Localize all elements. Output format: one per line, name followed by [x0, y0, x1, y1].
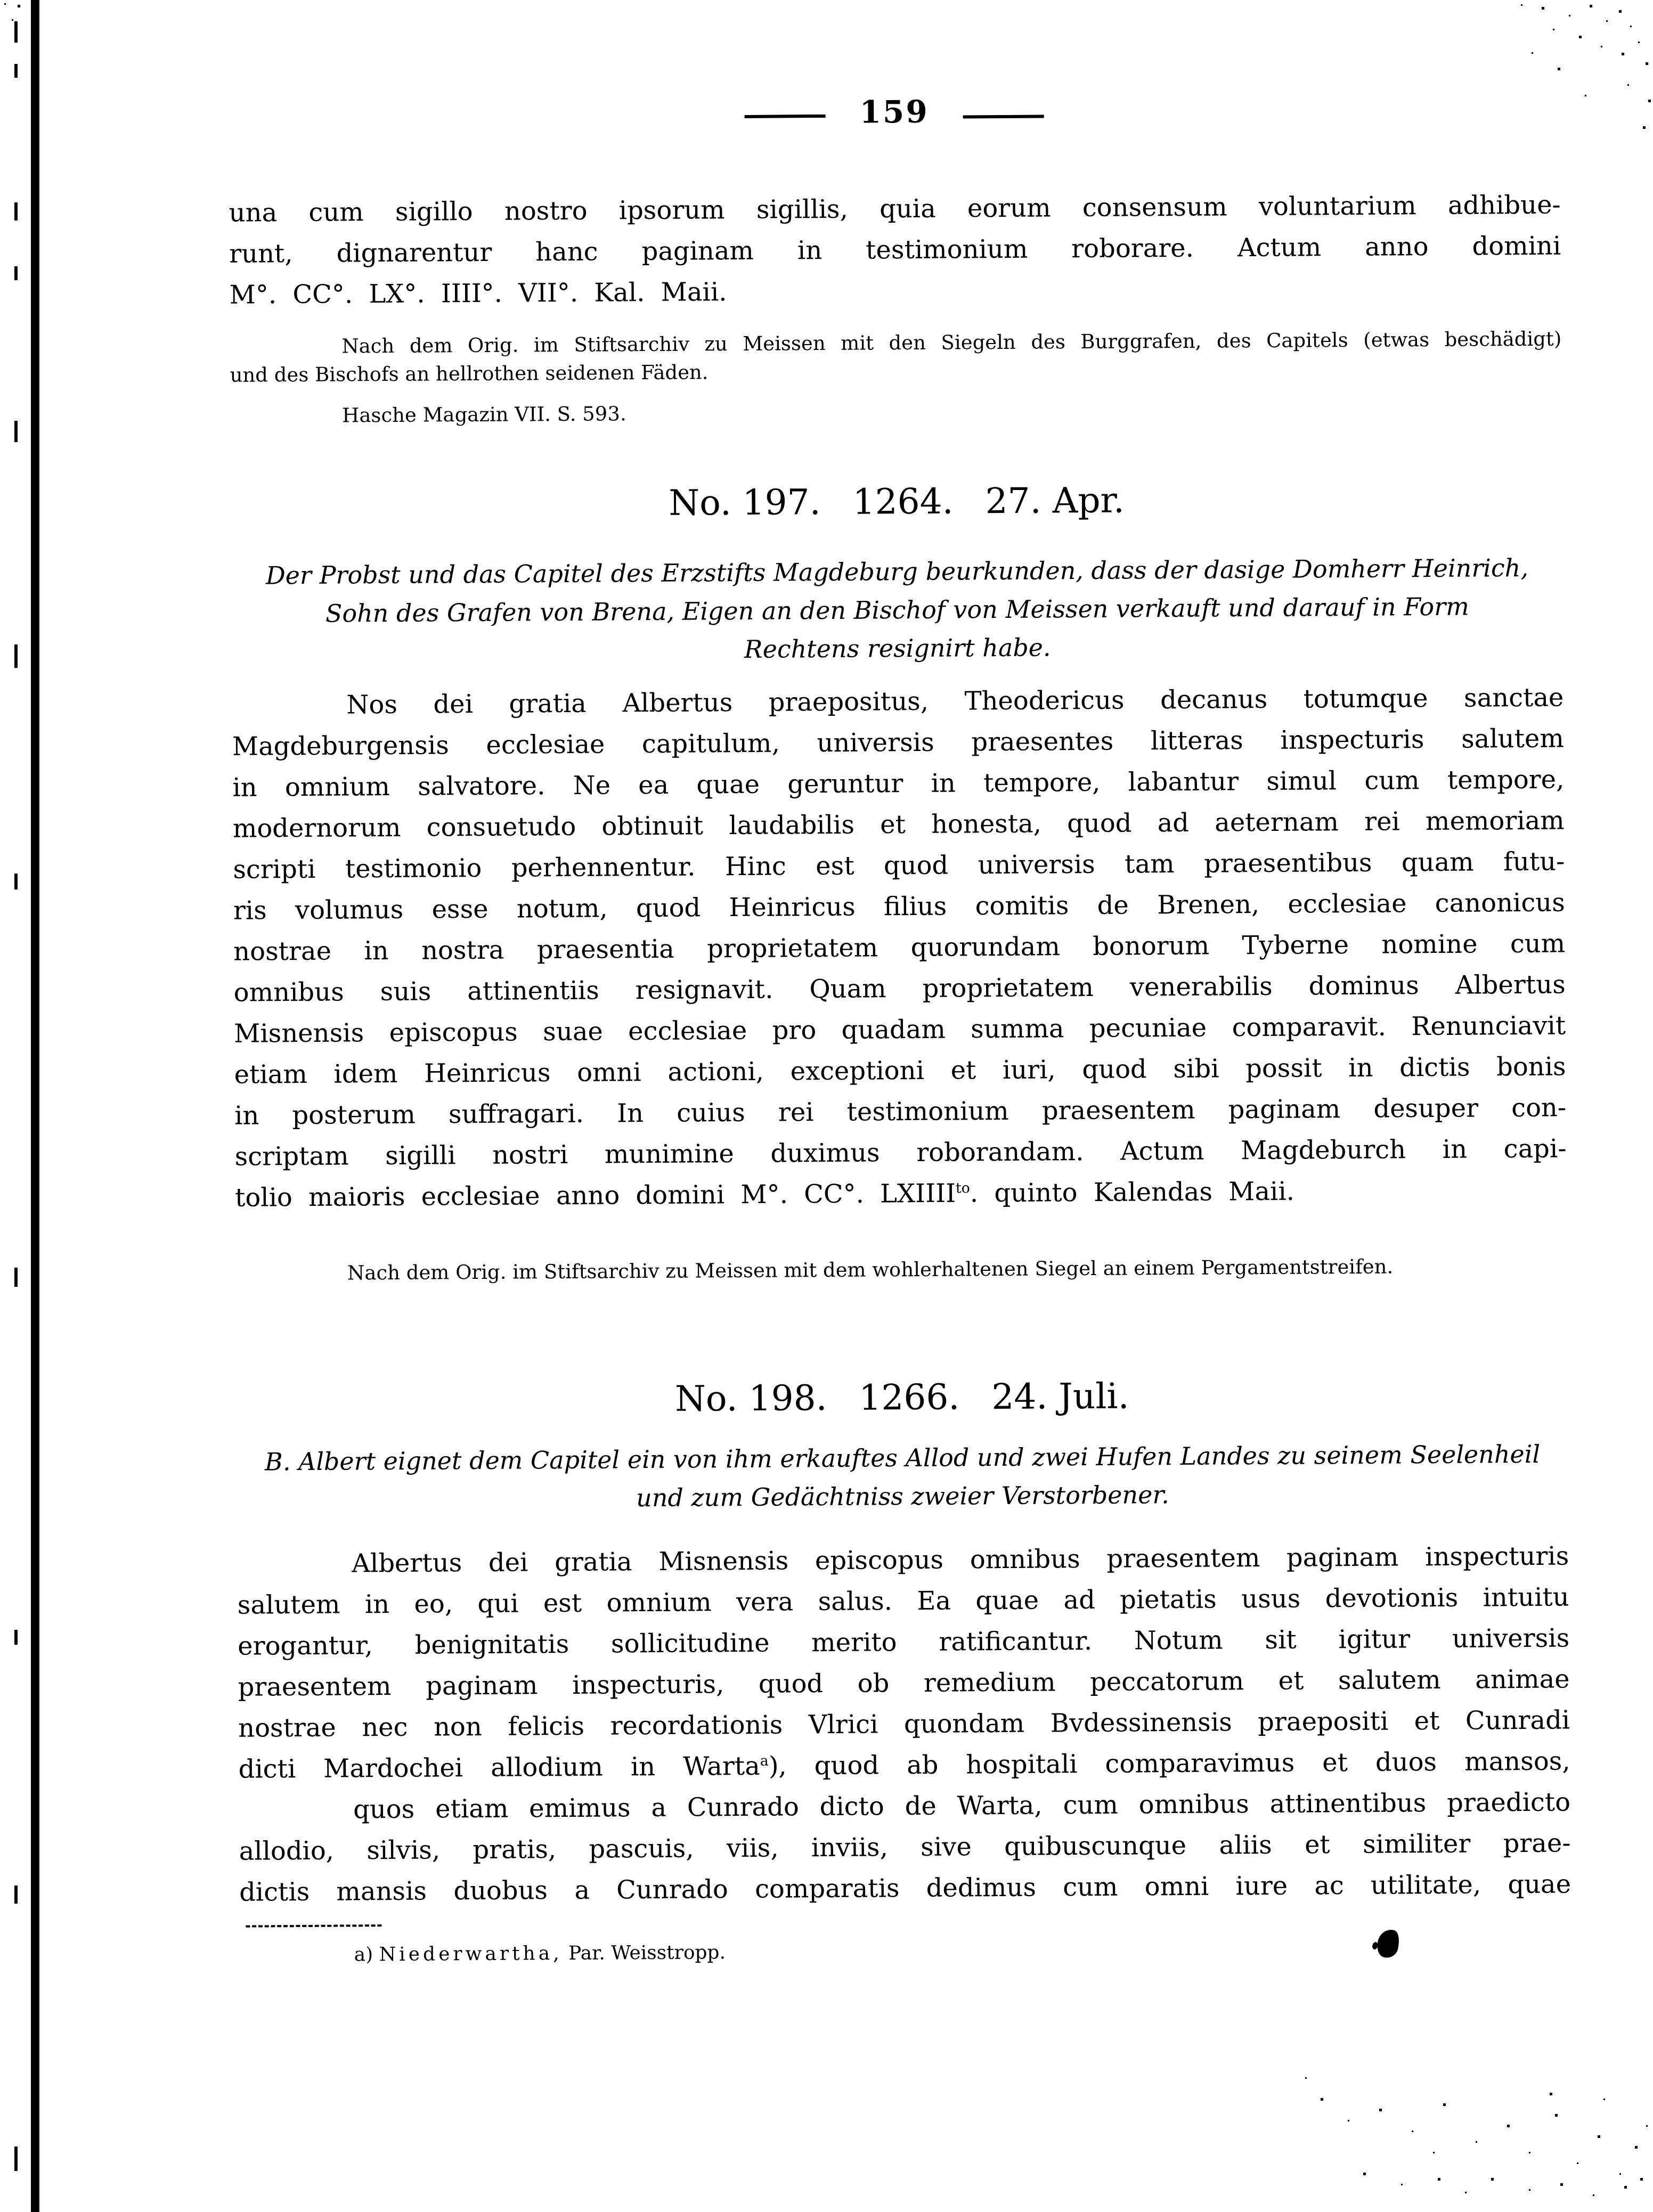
text-line: scriptam sigilli nostri munimine duximus…: [234, 1129, 1566, 1178]
charter-197-number: No. 197.: [669, 481, 821, 524]
text-line: runt, dignarentur hanc paginam in testim…: [229, 226, 1561, 275]
footnote-marker: a): [354, 1944, 373, 1965]
charter-197-heading: No. 197. 1264. 27. Apr.: [231, 477, 1562, 527]
charter-197-archival-note: Nach dem Orig. im Stiftsarchiv zu Meisse…: [235, 1252, 1567, 1288]
dating-superscript: to: [956, 1180, 970, 1196]
warta-post: ), quod ab hospitali comparavimus et duo…: [769, 1746, 1570, 1781]
charter-196-reference: Hasche Magazin VII. S. 593.: [230, 394, 1562, 430]
charter-196-archival-note: Nach dem Orig. im Stiftsarchiv zu Meisse…: [230, 325, 1562, 389]
scanned-book-page: 159 una cum sigillo nostro ipsorum sigil…: [0, 0, 1653, 2207]
footnote-parish: Par. Weisstropp.: [568, 1941, 726, 1964]
header-rule-right: [963, 115, 1044, 118]
dating-pre: tolio maioris ecclesiae anno domini M°. …: [235, 1179, 956, 1213]
footnote-separator-rule: [246, 1924, 381, 1928]
charter-198-heading: No. 198. 1266. 24. Juli.: [236, 1372, 1568, 1422]
charter-197-lines: Nos dei gratia Albertus praepositus, The…: [232, 678, 1567, 1178]
charter-198-year: 1266.: [859, 1376, 959, 1418]
charter-197-year: 1264.: [852, 480, 953, 523]
text-line: und zum Gedächtniss zweier Verstorbener.: [237, 1473, 1568, 1519]
warta-footnote-marker: a: [760, 1753, 769, 1769]
warta-pre: dicti Mardochei allodium in Warta: [238, 1751, 760, 1784]
charter-197-summary-lines: Der Probst und das Capitel des Erzstifts…: [231, 549, 1564, 672]
charter-197-summary: Der Probst und das Capitel des Erzstifts…: [231, 549, 1564, 672]
footnote-place-name: Niederwartha,: [379, 1942, 563, 1965]
header-rule-left: [745, 115, 826, 118]
charter-196-note-lines: Nach dem Orig. im Stiftsarchiv zu Meisse…: [230, 325, 1562, 389]
charter-198-summary: B. Albert eignet dem Capitel ein von ihm…: [237, 1434, 1569, 1519]
text-line: dictis mansis duobus a Cunrado comparati…: [239, 1864, 1571, 1913]
charter-196-body-continuation: una cum sigillo nostro ipsorum sigillis,…: [229, 185, 1561, 316]
page-header: 159: [228, 93, 1560, 132]
text-line: B. Albert eignet dem Capitel ein von ihm…: [237, 1434, 1568, 1481]
footnote-a: a) Niederwartha, Par. Weisstropp.: [240, 1934, 1571, 1969]
charter-196-dating-line: M°. CC°. LX°. IIII°. VII°. Kal. Maii.: [229, 267, 1561, 316]
charter-196-lines: una cum sigillo nostro ipsorum sigillis,…: [229, 185, 1561, 275]
dating-post: . quinto Kalendas Maii.: [970, 1177, 1294, 1209]
charter-198-lines-a: Albertus dei gratia Misnensis episcopus …: [237, 1536, 1570, 1749]
text-line: Rechtens resignirt habe.: [232, 625, 1564, 672]
charter-198-number: No. 198.: [675, 1377, 827, 1420]
charter-198-lines-b: quos etiam emimus a Cunrado dicto de War…: [239, 1782, 1571, 1913]
charter-197-body: Nos dei gratia Albertus praepositus, The…: [232, 678, 1567, 1219]
charter-197-date: 27. Apr.: [985, 479, 1125, 523]
page-content: 159 una cum sigillo nostro ipsorum sigil…: [0, 0, 1653, 2207]
page-number: 159: [859, 96, 929, 128]
charter-198-date: 24. Juli.: [991, 1375, 1129, 1418]
charter-198-body: Albertus dei gratia Misnensis episcopus …: [237, 1536, 1571, 1913]
charter-198-summary-lines: B. Albert eignet dem Capitel ein von ihm…: [237, 1434, 1569, 1519]
charter-197-dating-line: tolio maioris ecclesiae anno domini M°. …: [235, 1170, 1567, 1219]
text-line: Sohn des Grafen von Brena, Eigen an den …: [231, 587, 1563, 633]
